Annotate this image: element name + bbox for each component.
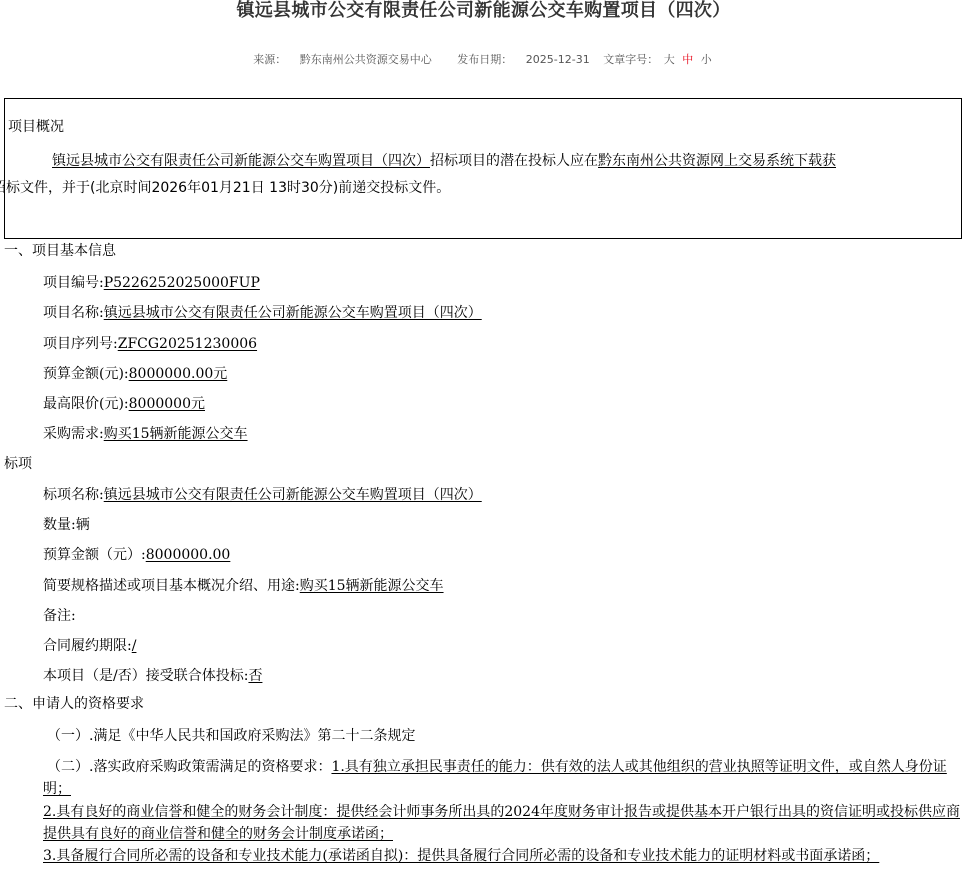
field-value-link[interactable]: 镇远县城市公交有限责任公司新能源公交车购置项目（四次） [104,305,482,321]
field-label: 合同履约期限: [43,638,132,654]
article-meta: 来源： 黔东南州公共资源交易中心 发布日期： 2025-12-31 文章字号： … [0,52,967,68]
field-consortium-bidding: 本项目（是/否）接受联合体投标:否 [43,666,262,686]
requirement-2-label: （二）.落实政府采购政策需满足的资格要求： [47,759,331,775]
field-project-name: 项目名称:镇远县城市公交有限责任公司新能源公交车购置项目（四次） [43,303,482,323]
date-value: 2025-12-31 [526,53,590,66]
field-label: 预算金额(元): [43,366,129,382]
font-size-label: 文章字号： [603,53,658,66]
field-label: 本项目（是/否）接受联合体投标: [43,668,248,684]
field-value-link[interactable]: 否 [248,668,262,684]
font-size-large-button[interactable]: 大 [664,53,675,66]
field-value-link[interactable]: 8000000.00元 [129,366,228,382]
field-lot-budget: 预算金额（元）:8000000.00 [43,545,230,565]
field-quantity: 数量:辆 [43,515,90,535]
field-label: 预算金额（元）: [43,547,146,563]
page-title: 镇远县城市公交有限责任公司新能源公交车购置项目（四次） [0,0,967,22]
requirement-2-item-3: 3.具备履行合同所必需的设备和专业技术能力(承诺函自拟)：提供具备履行合同所必需… [43,845,963,867]
overview-title: 项目概况 [8,118,64,136]
field-value-link[interactable]: ZFCG20251230006 [118,336,257,352]
field-label: 采购需求: [43,426,104,442]
overview-text: 镇远县城市公交有限责任公司新能源公交车购置项目（四次）招标项目的潜在投标人应在黔… [14,148,960,202]
field-procurement-demand: 采购需求:购买15辆新能源公交车 [43,424,248,444]
font-size-small-button[interactable]: 小 [701,53,712,66]
field-project-serial: 项目序列号:ZFCG20251230006 [43,334,257,354]
field-label: 标项名称: [43,487,104,503]
overview-text-mid: 招标项目的潜在投标人应在 [430,153,598,169]
overview-text-end: 取招标文件，并于(北京时间2026年01月21日 13时30分)前递交投标文件。 [0,180,450,196]
field-label: 备注: [43,608,76,624]
project-overview-box: 项目概况 镇远县城市公交有限责任公司新能源公交车购置项目（四次）招标项目的潜在投… [4,98,962,239]
overview-project-name: 镇远县城市公交有限责任公司新能源公交车购置项目（四次） [52,153,430,169]
field-value-link[interactable]: P5226252025000FUP [104,275,260,291]
field-label: 最高限价(元): [43,396,129,412]
requirement-2-item-3-text[interactable]: 3.具备履行合同所必需的设备和专业技术能力(承诺函自拟)：提供具备履行合同所必需… [43,848,879,864]
requirement-1: （一）.满足《中华人民共和国政府采购法》第二十二条规定 [47,726,415,746]
overview-platform-name: 黔东南州公共资源网上交易系统下载获 [598,153,836,169]
field-value-link[interactable]: 8000000.00 [146,547,231,563]
field-label: 简要规格描述或项目基本概况介绍、用途: [43,578,300,594]
requirement-2-item-2: 2.具有良好的商业信誉和健全的财务会计制度：提供经会计师事务所出具的2024年度… [43,801,963,845]
field-value: 辆 [76,517,90,533]
field-max-price: 最高限价(元):8000000元 [43,394,205,414]
field-remarks: 备注: [43,606,76,626]
section-qualification-heading: 二、申请人的资格要求 [4,694,144,714]
section-lot-heading: 标项 [4,454,32,474]
field-contract-term: 合同履约期限:/ [43,636,136,656]
requirement-2-item-2-text[interactable]: 2.具有良好的商业信誉和健全的财务会计制度：提供经会计师事务所出具的2024年度… [43,804,960,842]
field-value-link[interactable]: 购买15辆新能源公交车 [104,426,248,442]
field-value-link[interactable]: 购买15辆新能源公交车 [300,578,444,594]
field-value-link[interactable]: 8000000元 [129,396,205,412]
date-label: 发布日期： [457,53,512,66]
field-budget: 预算金额(元):8000000.00元 [43,364,227,384]
field-label: 数量: [43,517,76,533]
font-size-medium-button[interactable]: 中 [682,53,693,66]
field-value-link[interactable]: 镇远县城市公交有限责任公司新能源公交车购置项目（四次） [104,487,482,503]
field-label: 项目编号: [43,275,104,291]
field-label: 项目名称: [43,305,104,321]
source-label: 来源： [253,53,286,66]
source-value: 黔东南州公共资源交易中心 [300,53,432,66]
section-basic-info-heading: 一、项目基本信息 [4,241,116,261]
field-value-link[interactable]: / [132,638,137,654]
requirement-2: （二）.落实政府采购政策需满足的资格要求：1.具有独立承担民事责任的能力：供有效… [43,756,963,800]
field-project-number: 项目编号:P5226252025000FUP [43,273,260,293]
field-label: 项目序列号: [43,336,118,352]
field-lot-name: 标项名称:镇远县城市公交有限责任公司新能源公交车购置项目（四次） [43,485,482,505]
field-spec-description: 简要规格描述或项目基本概况介绍、用途:购买15辆新能源公交车 [43,576,444,596]
